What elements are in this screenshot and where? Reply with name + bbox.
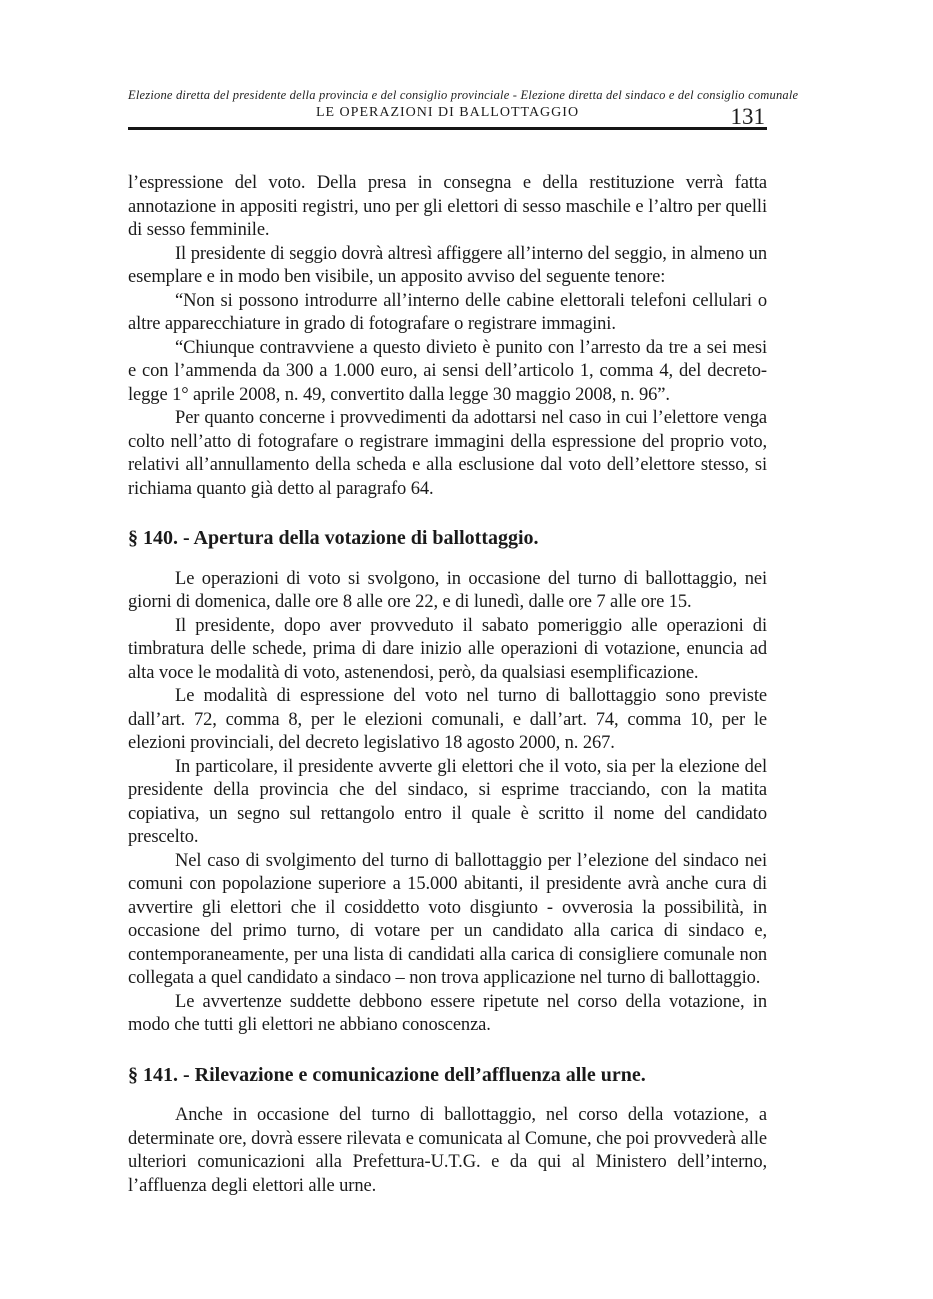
section-heading: § 141. - Rilevazione e comunicazione del… [128,1064,767,1088]
chapter-title: LE OPERAZIONI DI BALLOTTAGGIO [128,104,767,122]
paragraph: Nel caso di svolgimento del turno di bal… [128,850,767,991]
paragraph: In particolare, il presidente avverte gl… [128,756,767,850]
paragraph: Le modalità di espressione del voto nel … [128,685,767,756]
page-header: Elezione diretta del presidente della pr… [128,88,767,130]
paragraph: “Chiunque contravviene a questo divieto … [128,337,767,408]
document-page: { "colors": { "background": "#ffffff", "… [0,0,933,1299]
page-number: 131 [731,105,766,129]
page-container: Elezione diretta del presidente della pr… [128,88,767,1198]
paragraph: Anche in occasione del turno di ballotta… [128,1104,767,1198]
section-heading: § 140. - Apertura della votazione di bal… [128,527,767,551]
running-title: Elezione diretta del presidente della pr… [128,88,767,103]
paragraph: Per quanto concerne i provvedimenti da a… [128,407,767,501]
paragraph: Il presidente di seggio dovrà altresì af… [128,243,767,290]
paragraph: “Non si possono introdurre all’interno d… [128,290,767,337]
paragraph: Il presidente, dopo aver provveduto il s… [128,615,767,686]
paragraph: Le operazioni di voto si svolgono, in oc… [128,568,767,615]
paragraph: Le avvertenze suddette debbono essere ri… [128,991,767,1038]
paragraph: l’espressione del voto. Della presa in c… [128,172,767,243]
text-column: l’espressione del voto. Della presa in c… [128,172,767,1198]
